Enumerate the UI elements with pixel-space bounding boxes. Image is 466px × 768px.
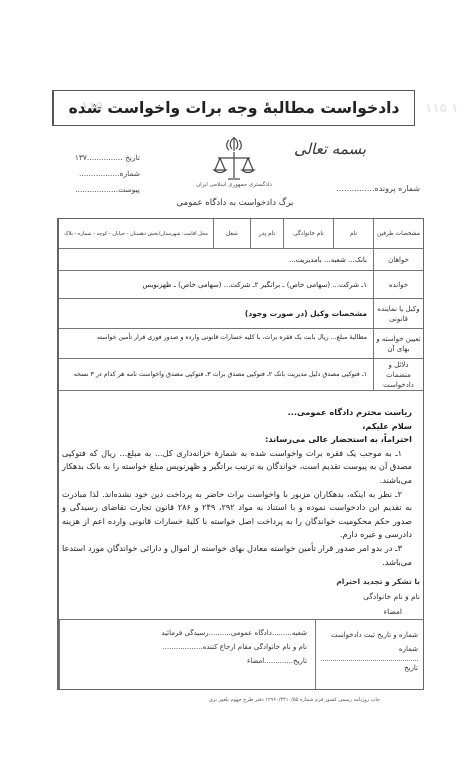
attorney-label: وکیل یا نماینده قانونی — [373, 299, 423, 328]
name-line: نام و نام خانوادگی — [300, 589, 420, 604]
bismillah-calligraphy: بسمه تعالی — [285, 140, 375, 166]
letter-paragraph-2: ۲ـ نظر به اینکه، بدهکاران مزبور با واخوا… — [62, 488, 412, 542]
defendant-value: ۱ـ شرکت... (سهامی خاص) ـ براتگیر ۲ـ شرکت… — [59, 271, 373, 298]
evidence-label: دلائل و منضمات دادخواست — [373, 359, 423, 390]
emblem-caption: دادگستری جمهوری اسلامی ایران — [196, 182, 272, 188]
col-header-parties: مشخصات طرفین — [373, 219, 423, 248]
col-header-last-name: نام خانوادگی — [283, 219, 333, 248]
signature-line: امضاء — [300, 604, 420, 619]
plaintiff-label: خواهان — [373, 249, 423, 270]
referrer-line: نام و نام خانوادگی مقام ارجاع کننده.....… — [68, 640, 307, 654]
attorney-row: وکیل یا نماینده قانونی مشخصات وکیل (در ص… — [59, 299, 423, 329]
attorney-value: مشخصات وکیل (در صورت وجود) — [59, 299, 373, 328]
referral-line: شعبه.........دادگاه عمومی..........رسیدگ… — [68, 626, 307, 640]
signature-block: با تشکر و تجدید احترام نام و نام خانوادگ… — [300, 574, 420, 619]
faded-edge-mark: ۱۱۵ ۱ — [425, 90, 466, 126]
form-title: دادخواست مطالبهٔ وجه برات واخواست شده — [69, 99, 400, 117]
col-header-father-name: نام پدر — [250, 219, 283, 248]
printer-note: چاپ روزنامه رسمی کشور فرم شماره ۱۲۹۶۰/۳۴… — [80, 697, 380, 703]
claim-label: تعیین خواسته و بهای آن — [373, 329, 423, 358]
registration-row: شماره و تاریخ ثبت دادخواست شماره تاریخ ش… — [59, 619, 423, 689]
petition-letter: ریاست محترم دادگاه عمومی... سلام علیکم، … — [62, 406, 412, 569]
date-field: تاریخ ...............۱۳۷ — [60, 150, 140, 166]
evidence-row: دلائل و منضمات دادخواست ۱ـ فتوکپی مصدق د… — [59, 359, 423, 391]
referral-cell: شعبه.........دادگاه عمومی..........رسیدگ… — [59, 620, 315, 689]
evidence-value: ۱ـ فتوکپی مصدق دلیل مدیریت بانک ۲ـ فتوکپ… — [59, 359, 373, 390]
faded-form-code: ۱۱۵ — [58, 99, 103, 117]
plaintiff-row: خواهان بانک... شعبه... بامدیریت... — [59, 249, 423, 271]
case-number-field: شماره پرونده............... — [300, 184, 420, 193]
form-subtitle: برگ دادخواست به دادگاه عمومی — [150, 198, 320, 208]
closing-line: با تشکر و تجدید احترام — [300, 574, 420, 589]
col-header-address: محل اقامت: شهرستان/بخش دهستان - خیابان -… — [59, 219, 213, 248]
col-header-first-name: نام — [333, 219, 373, 248]
defendant-label: خوانده — [373, 271, 423, 298]
defendant-row: خوانده ۱ـ شرکت... (سهامی خاص) ـ براتگیر … — [59, 271, 423, 299]
date-signature-line: تاریخ.............امضاء — [68, 654, 307, 668]
meta-fields: تاریخ ...............۱۳۷ شماره..........… — [60, 150, 140, 198]
form-title-box: ۱۱۵ دادخواست مطالبهٔ وجه برات واخواست شد… — [52, 90, 415, 126]
registration-date-label: تاریخ — [321, 660, 418, 675]
claim-value: مطالبهٔ مبلغ... ریال بابت یک فقره برات، … — [59, 329, 373, 358]
letter-salutation: ریاست محترم دادگاه عمومی... — [62, 406, 412, 420]
parties-header-row: مشخصات طرفین نام نام خانوادگی نام پدر شغ… — [59, 219, 423, 249]
registration-cell: شماره و تاریخ ثبت دادخواست شماره تاریخ — [315, 620, 423, 689]
registration-number-label: شماره — [321, 642, 418, 656]
col-header-occupation: شغل — [213, 219, 250, 248]
letter-paragraph-3: ۳ـ در بدو امر صدور قرار تأمین خواسته معا… — [62, 542, 412, 569]
letter-intro: احتراماً، به استحضار عالی می‌رساند: — [62, 433, 412, 447]
letter-greeting: سلام علیکم، — [62, 420, 412, 434]
registration-label: شماره و تاریخ ثبت دادخواست — [321, 628, 418, 642]
claim-row: تعیین خواسته و بهای آن مطالبهٔ مبلغ... ر… — [59, 329, 423, 359]
plaintiff-value: بانک... شعبه... بامدیریت... — [59, 249, 373, 270]
letter-paragraph-1: ۱ـ به موجب یک فقره برات واخواست شده به ش… — [62, 447, 412, 488]
attachment-field: پیوست.................. — [60, 182, 140, 198]
number-field: شماره................. — [60, 166, 140, 182]
